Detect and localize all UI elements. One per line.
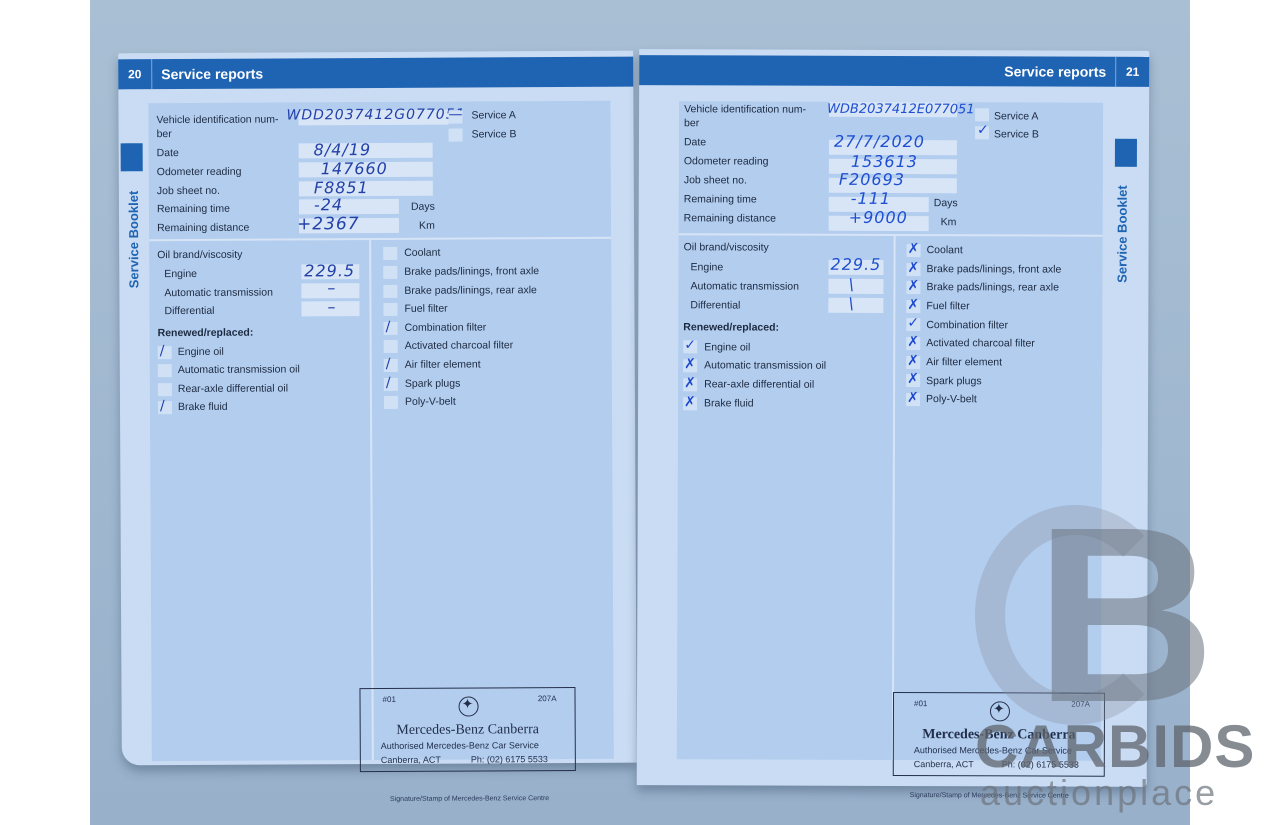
page-number: 21 [1115, 57, 1149, 87]
check-item-label: Air filter element [926, 356, 1002, 369]
page-header: Service reports 21 [639, 55, 1149, 87]
check-item-label: Activated charcoal filter [405, 339, 514, 353]
check-item-checkbox[interactable] [383, 303, 397, 316]
renewed-checkbox[interactable] [158, 383, 172, 396]
check-item-checkbox[interactable] [384, 340, 398, 353]
service-b-mark: ✓ [977, 124, 989, 137]
job-sheet-label: Job sheet no. [157, 185, 220, 198]
stamp-id: #01 [383, 695, 396, 704]
column-divider [892, 236, 896, 760]
vin-label-cont: ber [684, 117, 699, 130]
odometer-value: 153613 [851, 154, 918, 170]
page-title: Service reports [152, 66, 272, 83]
stamp-location: Canberra, ACT [914, 759, 974, 769]
signature-caption: Signature/Stamp of Mercedes-Benz Service… [390, 795, 549, 803]
mercedes-star-icon [459, 696, 479, 716]
date-value: 27/7/2020 [834, 134, 925, 150]
check-item-label: Brake pads/linings, rear axle [404, 284, 537, 298]
renewed-heading: Renewed/replaced: [158, 327, 254, 341]
renewed-checkbox[interactable] [158, 364, 172, 377]
check-item-mark: ✗ [907, 373, 919, 386]
vin-value: WDD2037412G077051 [286, 107, 465, 124]
remaining-time-value: -24 [314, 197, 343, 213]
check-item-checkbox[interactable] [383, 247, 397, 260]
km-unit: Km [419, 220, 435, 232]
check-item-mark: ✗ [907, 262, 919, 275]
oil-auto-trans-value: – [327, 280, 336, 296]
renewed-item-label: Brake fluid [704, 397, 754, 410]
remaining-distance-label: Remaining distance [157, 222, 249, 235]
check-item-label: Fuel filter [404, 303, 447, 316]
watermark-brand: CARBIDS [975, 712, 1255, 781]
check-item-label: Combination filter [405, 321, 487, 334]
renewed-item-label: Engine oil [178, 346, 224, 359]
oil-engine-label: Engine [164, 268, 197, 281]
vin-label: Vehicle identification num- [684, 103, 806, 116]
check-item-label: Poly-V-belt [405, 396, 456, 409]
km-unit: Km [941, 216, 957, 228]
stamp-code: 207A [538, 694, 557, 703]
service-a-checkbox[interactable] [975, 108, 989, 121]
date-value: 8/4/19 [314, 142, 372, 158]
renewed-mark: ✓ [684, 339, 696, 352]
date-label: Date [684, 136, 706, 149]
service-a-label: Service A [471, 109, 515, 122]
vin-label-cont: ber [157, 128, 172, 141]
remaining-distance-value: +9000 [849, 210, 908, 226]
stamp-id: #01 [914, 699, 927, 708]
oil-differential-value: \ [848, 296, 854, 312]
vin-value: WDB2037412E077051 [827, 102, 975, 119]
page-20: 20 Service reports Service Booklet Vehic… [118, 51, 637, 766]
check-item-mark: ✗ [907, 355, 919, 368]
side-tab-marker [1115, 139, 1137, 167]
oil-auto-trans-value: \ [848, 277, 854, 293]
stamp-line1: Authorised Mercedes-Benz Car Service [381, 740, 539, 751]
remaining-time-value: -111 [851, 191, 891, 207]
check-item-label: Fuel filter [926, 300, 969, 313]
column-divider [369, 240, 374, 760]
remaining-distance-label: Remaining distance [684, 212, 776, 225]
job-sheet-label: Job sheet no. [684, 174, 747, 187]
side-label: Service Booklet [126, 191, 142, 289]
renewed-heading: Renewed/replaced: [683, 321, 779, 334]
date-label: Date [157, 147, 179, 160]
vin-label: Vehicle identification num- [156, 114, 278, 128]
page-number: 20 [118, 59, 152, 89]
renewed-item-label: Brake fluid [178, 401, 228, 414]
renewed-mark: / [160, 345, 165, 358]
oil-brand-label: Oil brand/viscosity [684, 241, 769, 254]
check-item-mark: ✗ [907, 336, 919, 349]
remaining-time-label: Remaining time [157, 203, 230, 216]
section-divider [679, 233, 1103, 236]
remaining-distance-value: +2367 [297, 216, 360, 232]
check-item-label: Combination filter [926, 319, 1008, 332]
check-item-mark: ✗ [908, 243, 920, 256]
check-item-checkbox[interactable] [383, 266, 397, 279]
odometer-label: Odometer reading [157, 166, 242, 179]
check-item-mark: ✗ [907, 299, 919, 312]
days-unit: Days [934, 197, 958, 209]
check-item-mark: / [386, 321, 391, 334]
renewed-item-label: Rear-axle differential oil [178, 382, 288, 396]
page-header: 20 Service reports [118, 57, 633, 90]
check-item-checkbox[interactable] [384, 396, 398, 409]
check-item-mark: ✓ [907, 317, 919, 330]
oil-differential-label: Differential [164, 305, 214, 318]
job-sheet-value: F20693 [839, 172, 905, 188]
side-tab-marker [121, 143, 143, 171]
check-item-label: Coolant [927, 244, 963, 257]
stamp-phone: Ph: (02) 6175 5533 [471, 754, 548, 764]
check-item-label: Spark plugs [926, 375, 981, 388]
renewed-mark: ✗ [684, 396, 696, 409]
check-item-checkbox[interactable] [383, 285, 397, 298]
oil-differential-field[interactable] [828, 298, 883, 313]
job-sheet-value: F8851 [314, 180, 369, 196]
service-b-label: Service B [472, 128, 517, 141]
oil-brand-label: Oil brand/viscosity [157, 249, 242, 262]
oil-auto-trans-field[interactable] [828, 279, 883, 294]
oil-differential-value: – [327, 299, 336, 315]
oil-auto-trans-label: Automatic transmission [690, 280, 799, 293]
check-item-mark: ✗ [907, 392, 919, 405]
odometer-value: 147660 [321, 161, 388, 177]
oil-engine-label: Engine [691, 261, 724, 274]
dealer-stamp: #01 207A Mercedes-Benz Canberra Authoris… [359, 687, 575, 772]
check-item-label: Poly-V-belt [926, 393, 977, 406]
renewed-item-label: Automatic transmission oil [178, 363, 300, 377]
service-b-checkbox[interactable] [449, 129, 463, 142]
renewed-mark: ✗ [684, 358, 696, 371]
check-item-label: Air filter element [405, 358, 481, 371]
service-a-mark: — [448, 109, 462, 122]
stamp-dealer-name: Mercedes-Benz Canberra [361, 722, 575, 739]
days-unit: Days [411, 201, 435, 213]
page-title: Service reports [995, 63, 1115, 79]
oil-engine-value: 229.5 [831, 257, 882, 273]
renewed-mark: / [160, 400, 165, 413]
section-divider [149, 237, 611, 241]
renewed-mark: ✗ [684, 377, 696, 390]
check-item-label: Spark plugs [405, 378, 461, 391]
watermark-tagline: auctionplace [980, 772, 1218, 814]
check-item-mark: / [386, 358, 391, 371]
remaining-time-label: Remaining time [684, 193, 757, 206]
check-item-label: Brake pads/linings, rear axle [926, 281, 1059, 294]
renewed-item-label: Automatic transmission oil [704, 359, 826, 372]
check-item-label: Coolant [404, 247, 440, 260]
oil-engine-value: 229.5 [304, 263, 355, 279]
side-label: Service Booklet [1114, 249, 1129, 283]
odometer-label: Odometer reading [684, 155, 769, 168]
stamp-location: Canberra, ACT [381, 755, 441, 765]
check-item-label: Activated charcoal filter [926, 337, 1035, 350]
watermark-logo-letter: B [1035, 490, 1216, 740]
service-a-label: Service A [994, 110, 1038, 123]
oil-differential-label: Differential [690, 299, 740, 312]
check-item-mark: ✗ [907, 280, 919, 293]
renewed-item-label: Engine oil [704, 341, 750, 354]
oil-auto-trans-label: Automatic transmission [164, 287, 273, 301]
check-item-label: Brake pads/linings, front axle [926, 263, 1061, 276]
service-report-form: Vehicle identification num- ber WDD20374… [148, 101, 613, 761]
check-item-mark: / [386, 377, 391, 390]
renewed-item-label: Rear-axle differential oil [704, 378, 814, 391]
service-b-label: Service B [994, 128, 1039, 141]
check-item-label: Brake pads/linings, front axle [404, 265, 539, 279]
